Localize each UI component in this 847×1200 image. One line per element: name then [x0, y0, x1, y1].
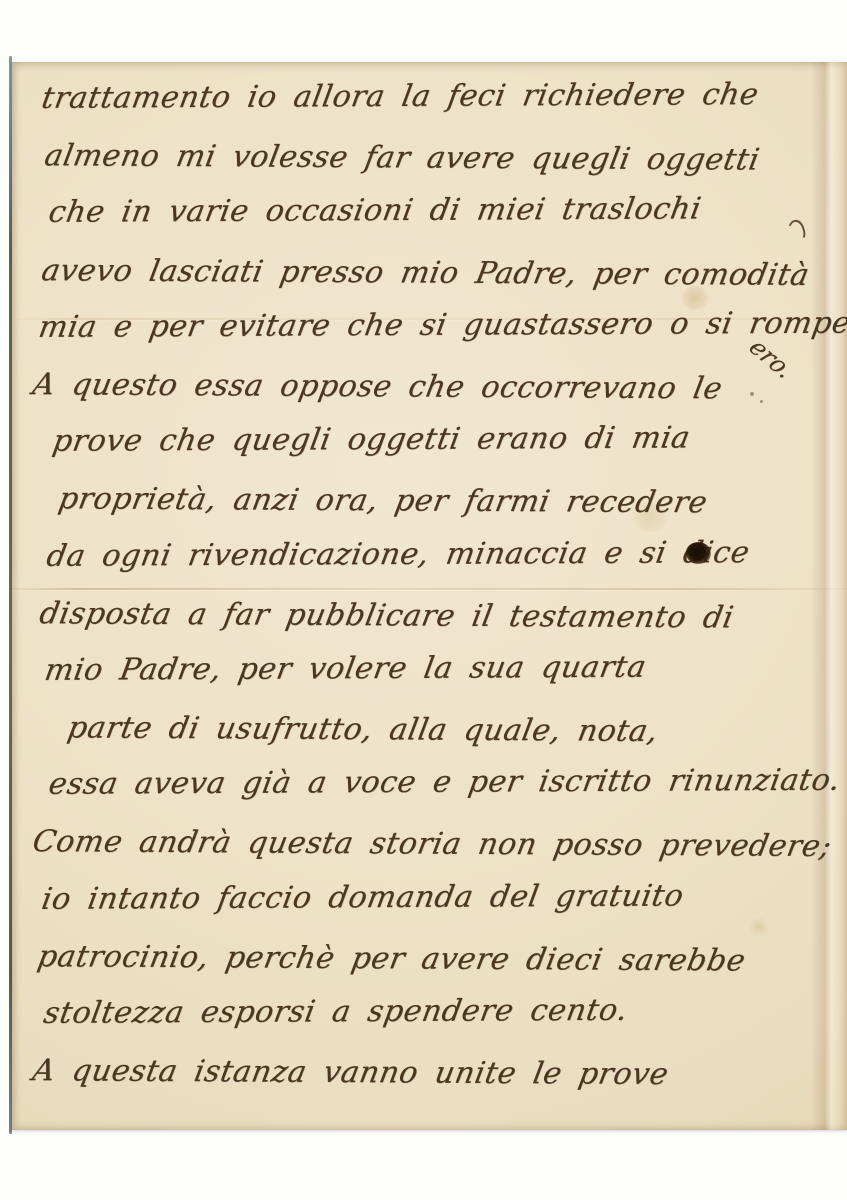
- handwritten-line: trattamento io allora la feci richiedere…: [7, 66, 847, 128]
- handwritten-line: che in varie occasioni di miei traslochi: [7, 180, 847, 242]
- handwritten-line: mia e per evitare che si guastassero o s…: [7, 294, 847, 356]
- handwritten-line: prove che quegli oggetti erano di mia: [7, 409, 847, 471]
- handwritten-line: mio Padre, per volere la sua quarta: [7, 638, 847, 700]
- handwritten-line: io intanto faccio domanda del gratuito: [7, 866, 847, 928]
- handwritten-line: essa aveva già a voce e per iscritto rin…: [7, 752, 847, 814]
- handwritten-line: A questa istanza vanno unite le prove: [7, 1042, 847, 1104]
- handwritten-line: proprietà, anzi ora, per farmi recedere: [7, 470, 847, 532]
- scan-background: { "letter": { "language": "Italian", "pa…: [0, 0, 847, 1200]
- handwritten-line: da ogni rivendicazione, minaccia e si di…: [7, 523, 847, 585]
- letter-paper: trattamento io allora la feci richiedere…: [12, 62, 847, 1130]
- handwritten-line: stoltezza esporsi a spendere cento.: [7, 981, 847, 1043]
- letter-body: trattamento io allora la feci richiedere…: [12, 70, 847, 1099]
